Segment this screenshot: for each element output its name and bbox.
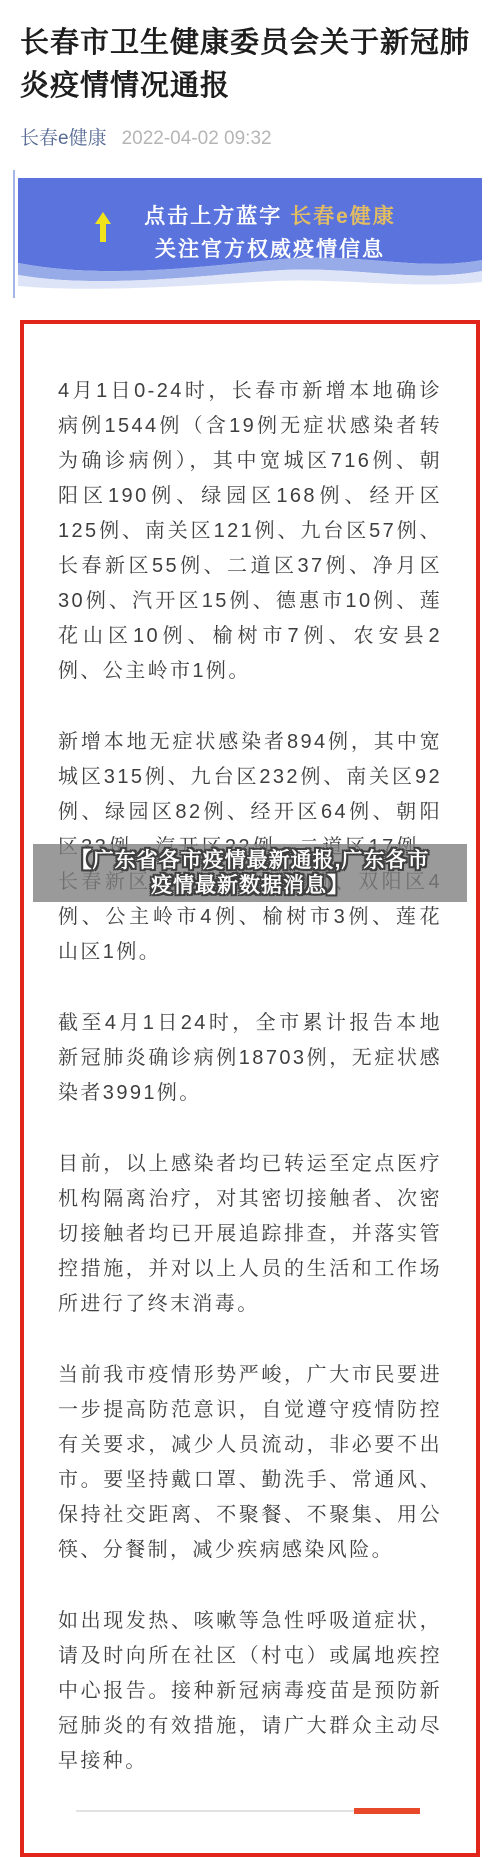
notice-paragraph: 当前我市疫情形势严峻，广大市民要进一步提高防范意识，自觉遵守疫情防控有关要求，减… bbox=[58, 1358, 442, 1568]
notice-paragraph: 截至4月1日24时，全市累计报告本地新冠肺炎确诊病例18703例，无症状感染者3… bbox=[58, 1006, 442, 1111]
watermark-overlay: 【广东省各市疫情最新通报,广东各市 疫情最新数据消息】 bbox=[33, 844, 467, 902]
notice-paragraph: 如出现发热、咳嗽等急性呼吸道症状，请及时向所在社区（村屯）或属地疾控中心报告。接… bbox=[58, 1604, 442, 1779]
byline: 长春e健康 2022-04-02 09:32 bbox=[0, 108, 500, 150]
publish-time: 2022-04-02 09:32 bbox=[122, 128, 272, 150]
banner-edge-artifact bbox=[13, 170, 15, 298]
divider-accent bbox=[354, 1808, 420, 1814]
account-name-link[interactable]: 长春e健康 bbox=[20, 123, 107, 150]
banner-cta-prefix: 点击上方蓝字 bbox=[144, 205, 290, 228]
promo-banner-image: 点击上方蓝字 长春e健康 关注官方权威疫情信息 bbox=[18, 178, 482, 290]
banner-line2: 关注官方权威疫情信息 bbox=[74, 233, 466, 266]
banner-line1: 点击上方蓝字 长春e健康 bbox=[74, 200, 466, 233]
banner-text: 点击上方蓝字 长春e健康 关注官方权威疫情信息 bbox=[74, 200, 466, 266]
banner-account-highlight: 长春e健康 bbox=[290, 205, 396, 228]
watermark-text-line1: 【广东省各市疫情最新通报,广东各市 bbox=[71, 848, 430, 873]
watermark-text-line2: 疫情最新数据消息】 bbox=[151, 873, 349, 898]
footer-divider bbox=[58, 1807, 442, 1815]
notice-paragraph: 目前，以上感染者均已转运至定点医疗机构隔离治疗，对其密切接触者、次密切接触者均已… bbox=[58, 1147, 442, 1322]
notice-box: 4月1日0-24时，长春市新增本地确诊病例1544例（含19例无症状感染者转为确… bbox=[20, 320, 480, 1857]
notice-paragraph: 4月1日0-24时，长春市新增本地确诊病例1544例（含19例无症状感染者转为确… bbox=[58, 374, 442, 689]
article-page: 长春市卫生健康委员会关于新冠肺炎疫情情况通报 长春e健康 2022-04-02 … bbox=[0, 0, 500, 1857]
page-title: 长春市卫生健康委员会关于新冠肺炎疫情情况通报 bbox=[0, 0, 500, 108]
